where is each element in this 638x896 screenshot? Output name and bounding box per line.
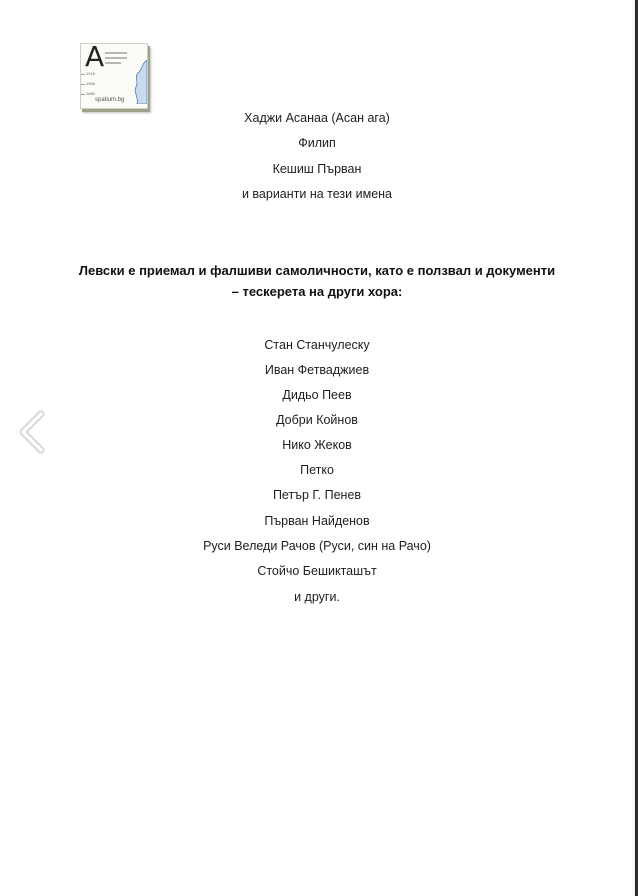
alias-item: Петър Г. Пенев [0,487,634,503]
logo-letter: A [85,43,104,72]
previous-page-button[interactable] [14,408,50,456]
alias-item: Нико Жеков [0,437,634,453]
name-line: Хаджи Асанаа (Асан ага) [0,110,634,126]
heading-line-1: Левски е приемал и фалшиви самоличности,… [70,260,564,281]
chevron-left-icon [14,408,50,456]
section-heading: Левски е приемал и фалшиви самоличности,… [70,260,564,302]
alias-item: Стойчо Бешикташът [0,563,634,579]
document-page: A 1918 1906 1880 spatium.bg Хаджи Асанаа… [0,0,634,896]
alias-item: и други. [0,589,634,605]
name-line: Филип [0,135,634,151]
alias-item: Руси Веледи Рачов (Руси, син на Рачо) [0,538,634,554]
logo-year-ticks: 1918 1906 1880 [81,74,95,104]
logo-year-tick: 1880 [81,94,85,95]
logo-site-text: spatium.bg [95,97,124,104]
map-outline-icon [133,60,147,104]
logo-year-tick: 1918 [81,74,85,75]
atlas-logo: A 1918 1906 1880 spatium.bg [80,43,148,109]
name-line: Кешиш Първан [0,161,634,177]
alias-item: Петко [0,462,634,478]
logo-caption-lines [105,52,127,67]
alias-item: Стан Станчулеску [0,337,634,353]
name-line: и варианти на тези имена [0,186,634,202]
alias-item: Дидьо Пеев [0,387,634,403]
alias-item: Иван Фетваджиев [0,362,634,378]
alias-item: Добри Койнов [0,412,634,428]
alias-item: Първан Найденов [0,513,634,529]
logo-year-tick: 1906 [81,84,85,85]
heading-line-2: – тескерета на други хора: [70,281,564,302]
